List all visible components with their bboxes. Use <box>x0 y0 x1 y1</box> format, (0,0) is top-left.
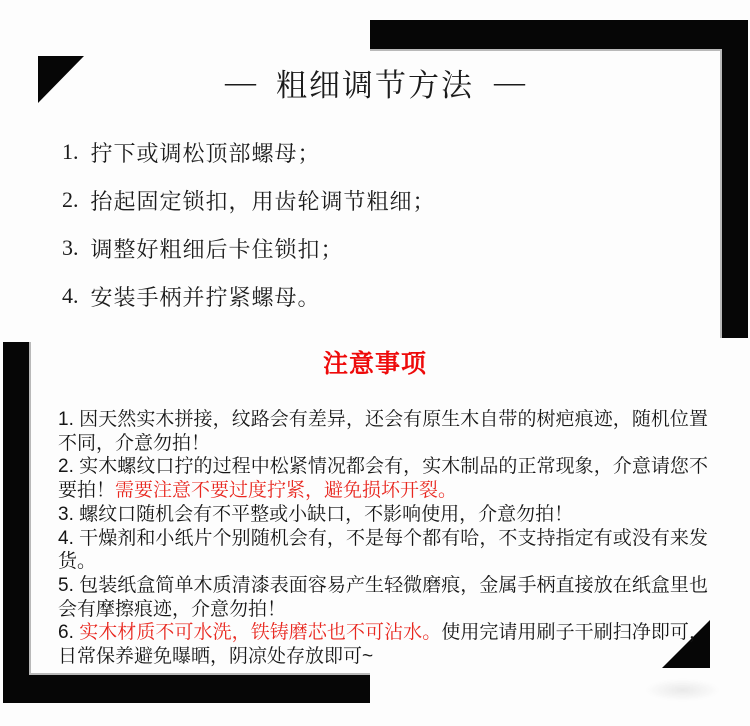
note-item: 3. 螺纹口随机会有不平整或小缺口，不影响使用，介意勿拍！ <box>58 503 708 527</box>
step-number: 3. <box>62 235 79 261</box>
step-number: 1. <box>62 139 79 165</box>
note-item: 1. 因天然实木拼接，纹路会有差异，还会有原生木自带的树疤痕迹，随机位置不同，介… <box>58 408 708 455</box>
note-item: 2. 实木螺纹口拧的过程中松紧情况都会有，实木制品的正常现象，介意请您不要拍！需… <box>58 455 708 502</box>
step-item: 1. 拧下或调松顶部螺母； <box>62 128 682 176</box>
note-item: 6. 实木材质不可水洗，铁铸磨芯也不可沾水。使用完请用刷子干刷扫净即可，日常保养… <box>58 621 708 668</box>
note-text-red: 需要注意不要过度拧紧，避免损坏开裂。 <box>115 480 457 501</box>
note-text-red: 实木材质不可水洗，铁铸磨芯也不可沾水。 <box>79 622 441 643</box>
step-item: 4. 安装手柄并拧紧螺母。 <box>62 272 682 320</box>
title-text: 粗细调节方法 <box>276 60 474 105</box>
note-text: 6. <box>58 622 79 643</box>
step-text: 拧下或调松顶部螺母； <box>91 137 321 168</box>
step-text: 调整好粗细后卡住锁扣； <box>91 233 344 264</box>
bottom-left-vertical-bar <box>3 342 29 703</box>
note-text: 4. 干燥剂和小纸片个别随机会有，不是每个都有哈，不支持指定有或没有来发货。 <box>58 528 708 573</box>
page-edge-line-bottom <box>29 673 370 675</box>
step-number: 2. <box>62 187 79 213</box>
note-text: 5. 包装纸盒简单木质清漆表面容易产生轻微磨痕，金属手柄直接放在纸盒里也会有摩擦… <box>58 575 708 620</box>
note-item: 4. 干燥剂和小纸片个别随机会有，不是每个都有哈，不支持指定有或没有来发货。 <box>58 527 708 574</box>
method-steps-list: 1. 拧下或调松顶部螺母； 2. 抬起固定锁扣，用齿轮调节粗细； 3. 调整好粗… <box>62 128 682 320</box>
step-item: 3. 调整好粗细后卡住锁扣； <box>62 224 682 272</box>
step-number: 4. <box>62 283 79 309</box>
step-text: 安装手柄并拧紧螺母。 <box>91 281 321 312</box>
page-edge-line-top <box>370 49 722 51</box>
title-right-dash: — <box>494 64 525 100</box>
note-text: 3. 螺纹口随机会有不平整或小缺口，不影响使用，介意勿拍！ <box>58 504 573 525</box>
step-text: 抬起固定锁扣，用齿轮调节粗细； <box>91 185 436 216</box>
page-edge-line-left <box>29 342 31 673</box>
precautions-notes-list: 1. 因天然实木拼接，纹路会有差异，还会有原生木自带的树疤痕迹，随机位置不同，介… <box>58 408 708 669</box>
product-instruction-image: — 粗细调节方法 — 1. 拧下或调松顶部螺母； 2. 抬起固定锁扣，用齿轮调节… <box>0 0 750 726</box>
step-item: 2. 抬起固定锁扣，用齿轮调节粗细； <box>62 176 682 224</box>
faint-watermark <box>645 679 720 701</box>
note-text: 1. 因天然实木拼接，纹路会有差异，还会有原生木自带的树疤痕迹，随机位置不同，介… <box>58 409 708 454</box>
top-right-horizontal-bar <box>370 20 748 49</box>
page-title: — 粗细调节方法 — <box>0 60 750 104</box>
bottom-left-horizontal-bar <box>3 675 370 703</box>
note-item: 5. 包装纸盒简单木质清漆表面容易产生轻微磨痕，金属手柄直接放在纸盒里也会有摩擦… <box>58 574 708 621</box>
precautions-heading: 注意事项 <box>0 344 750 380</box>
title-left-dash: — <box>225 64 256 100</box>
